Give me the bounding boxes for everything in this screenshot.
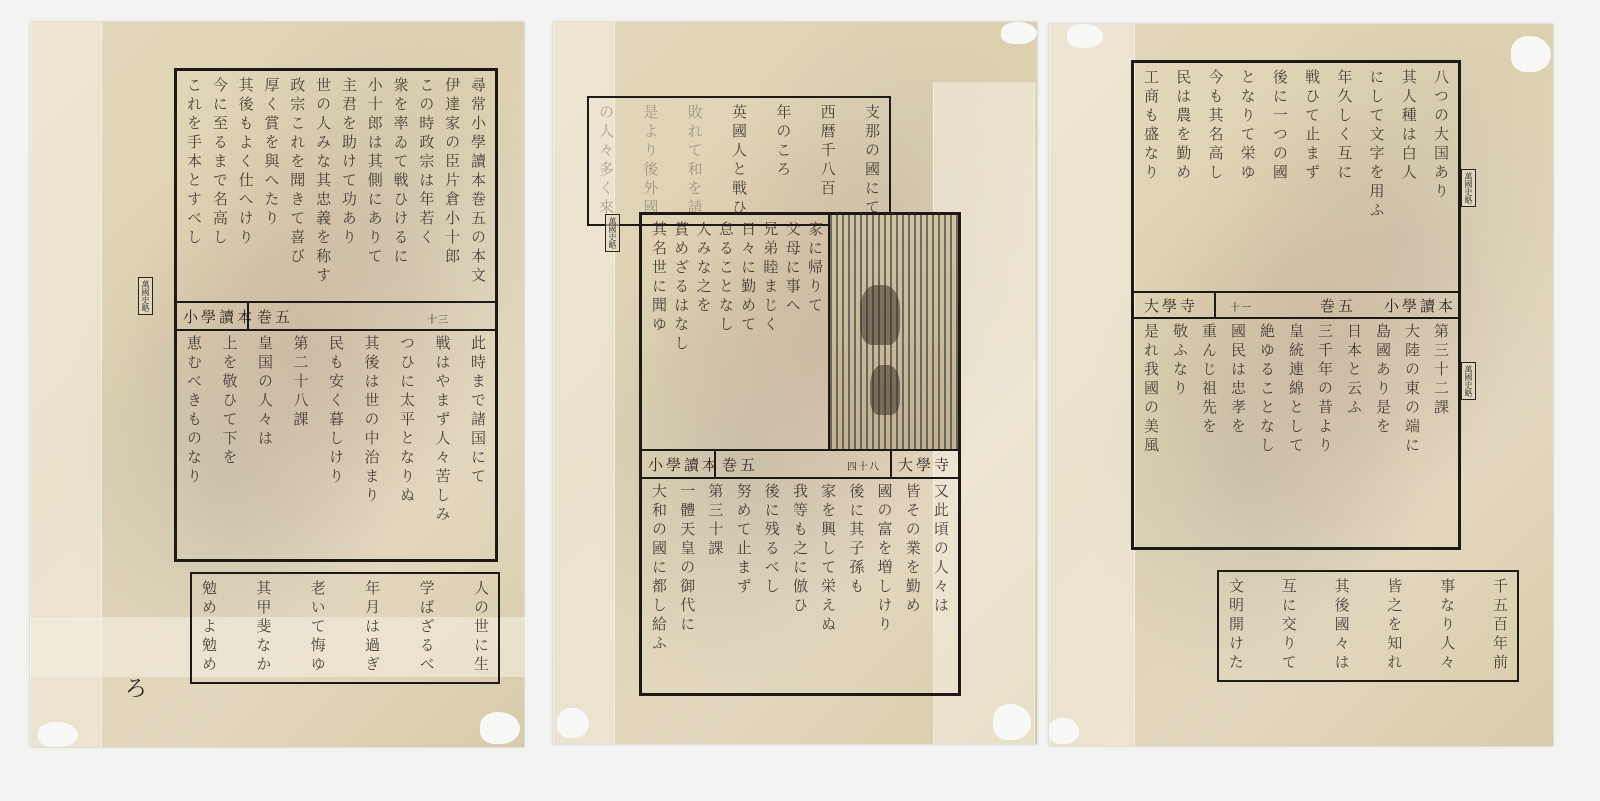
text-column: 年久しく互に (1333, 69, 1355, 285)
text-column: 敬ふなり (1169, 323, 1191, 541)
text-column: 父母に事へ (782, 221, 804, 443)
text-column: 恵むべきものなり (183, 335, 205, 553)
footer-title: 小學讀本 (648, 454, 720, 475)
illustrated-figure (860, 285, 900, 345)
text-column: にして文字を用ふ (1366, 69, 1388, 285)
text-column: 怠ることなし (715, 221, 737, 443)
lesson-heading: 第三十二課 (1430, 323, 1452, 541)
page-middle: 支那の國にて 西暦千八百 年のころ 英國人と戦ひ 敗れて和を請ふ 是より後外國 … (553, 22, 1037, 744)
text-column: 兄弟睦まじく (759, 221, 781, 443)
footer-publisher: 大學寺 (898, 454, 952, 475)
text-column: 戦はやまず人々苦しみ (432, 335, 454, 553)
text-column: 又此頃の人々は (930, 483, 952, 687)
main-text-frame: 尋常小學讀本巻五の本文 伊達家の臣片倉小十郎 この時政宗は年若く 衆を率ゐて戦ひ… (174, 68, 498, 562)
footer-rule (1134, 291, 1458, 293)
lower-text-columns: 又此頃の人々は 皆その業を勤め 國の富を増しけり 後に其子孫も 家を興して栄えぬ… (648, 483, 952, 687)
text-column: 支那の國にて (861, 104, 883, 218)
text-column: 皆之を知れり (1383, 578, 1405, 674)
bottom-box-columns: 人の世に生まれて 学ばざるべからず 年月は過ぎやすく 老いて悔ゆるとも 其甲斐な… (198, 580, 492, 676)
footer-volume: 巻五 (722, 454, 758, 475)
text-column: 後に一つの國 (1269, 69, 1291, 285)
text-column: 工商も盛なり (1140, 69, 1162, 285)
text-column: の人々多く來る (595, 104, 617, 218)
footer-volume: 巻五 (1320, 295, 1356, 316)
text-column: 人みな之を (693, 221, 715, 443)
lower-text-columns: 第三十二課 大陸の東の端に 島國あり是を 日本と云ふ 三千年の昔より 皇統連綿と… (1140, 323, 1452, 541)
torn-corner (1511, 36, 1551, 72)
text-column: 互に交りて (1278, 578, 1300, 674)
text-column: 國民は忠孝を (1227, 323, 1249, 541)
text-column: 老いて悔ゆるとも (307, 580, 329, 676)
text-column: 小十郎は其側にありて (364, 77, 386, 309)
text-column: 世の人みな其忠義を称す (312, 77, 334, 309)
text-column: 千五百年前の (1489, 578, 1511, 674)
text-column: 今に至るまで名高し (209, 77, 231, 309)
text-column: 事なり人々は (1436, 578, 1458, 674)
text-column: 大和の國に都し給ふ (648, 483, 670, 687)
torn-corner (1001, 22, 1037, 44)
text-column: 絶ゆることなし (1256, 323, 1278, 541)
text-column: となりて栄ゆ (1237, 69, 1259, 285)
text-column: 尋常小學讀本巻五の本文 (467, 77, 489, 309)
text-column: 島國あり是を (1372, 323, 1394, 541)
torn-corner (1067, 24, 1103, 48)
text-column: 敗れて和を請ふ (684, 104, 706, 218)
text-column: 文明開けたり (1225, 578, 1247, 674)
text-column: 大陸の東の端に (1401, 323, 1423, 541)
text-column: 國の富を増しけり (874, 483, 896, 687)
text-column: これを手本とすべし (183, 77, 205, 309)
text-column: 学ばざるべからず (416, 580, 438, 676)
side-tag: 萬國史略 (1461, 362, 1476, 400)
text-column: 其人種は白人 (1398, 69, 1420, 285)
lower-text-frame: 人の世に生まれて 学ばざるべからず 年月は過ぎやすく 老いて悔ゆるとも 其甲斐な… (190, 572, 500, 684)
text-column: この時政宗は年若く (415, 77, 437, 309)
text-column: つひに太平となりぬ (396, 335, 418, 553)
text-column: 伊達家の臣片倉小十郎 (441, 77, 463, 309)
footer-title: 小學讀本 (183, 306, 255, 327)
text-column: 此時まで諸国にて (467, 335, 489, 553)
text-column: 家を興して栄えぬ (817, 483, 839, 687)
footer-publisher: 大學寺 (1144, 295, 1198, 316)
footer-page-number: 十三 (427, 311, 449, 326)
page-right: 八つの大国あり 其人種は白人 にして文字を用ふ 年久しく互に 戦ひて止まず 後に… (1049, 24, 1553, 746)
text-column: 主君を助けて功あり (338, 77, 360, 309)
text-column: 我等も之に倣ひ (789, 483, 811, 687)
text-column: 年のころ (772, 104, 794, 218)
footer-rule (177, 301, 495, 303)
text-column: 今も其名高し (1204, 69, 1226, 285)
text-column: 其名世に聞ゆ (648, 221, 670, 443)
text-column: 日本と云ふ (1343, 323, 1365, 541)
tape-strip (1049, 24, 1135, 746)
footer-rule (642, 477, 958, 479)
text-column: 其後もよく仕へけり (235, 77, 257, 309)
torn-corner (1049, 718, 1079, 744)
text-column: 是より後外國 (639, 104, 661, 218)
footer-page-number: 四十八 (847, 458, 880, 473)
text-column: 一體天皇の御代に (676, 483, 698, 687)
torn-corner (557, 708, 589, 738)
footer-volume: 巻五 (257, 306, 293, 327)
side-tag: 萬國史略 (1461, 169, 1476, 207)
bottom-box-columns: 千五百年前の 事なり人々は 皆之を知れり 其後國々は 互に交りて 文明開けたり (1225, 578, 1511, 674)
text-column: 後に残るべし (761, 483, 783, 687)
text-column: 政宗これを聞きて喜び (286, 77, 308, 309)
text-column: 皇国の人々は (254, 335, 276, 553)
footer-title: 小學讀本 (1384, 295, 1456, 316)
text-column: 勉めよ勉めよ (198, 580, 220, 676)
text-column: 上を敬ひて下を (219, 335, 241, 553)
footer-divider (1214, 291, 1216, 317)
top-box-columns: 支那の國にて 西暦千八百 年のころ 英國人と戦ひ 敗れて和を請ふ 是より後外國 … (595, 104, 883, 218)
upper-text-columns: 八つの大国あり 其人種は白人 にして文字を用ふ 年久しく互に 戦ひて止まず 後に… (1140, 69, 1452, 285)
woodblock-illustration (828, 215, 958, 449)
text-column: 其後は世の中治まり (361, 335, 383, 553)
top-text-frame: 支那の國にて 西暦千八百 年のころ 英國人と戦ひ 敗れて和を請ふ 是より後外國 … (587, 96, 891, 226)
text-column: 努めて止まず (733, 483, 755, 687)
footer-page-number: 十一 (1230, 299, 1252, 314)
text-column: 其甲斐なかるべし (252, 580, 274, 676)
footer-rule (177, 329, 495, 331)
text-column: 民も安く暮しけり (325, 335, 347, 553)
upper-text-columns: 家に帰りて 父母に事へ 兄弟睦まじく 日々に勤めて 怠ることなし 人みな之を 賞… (648, 221, 826, 443)
lower-text-frame: 千五百年前の 事なり人々は 皆之を知れり 其後國々は 互に交りて 文明開けたり (1217, 570, 1519, 682)
text-column: 西暦千八百 (817, 104, 839, 218)
text-column: 年月は過ぎやすく (361, 580, 383, 676)
illustrated-figure (870, 365, 900, 415)
text-column: 民は農を勤め (1172, 69, 1194, 285)
footer-divider (890, 449, 892, 477)
text-column: 戦ひて止まず (1301, 69, 1323, 285)
main-text-frame: 家に帰りて 父母に事へ 兄弟睦まじく 日々に勤めて 怠ることなし 人みな之を 賞… (639, 212, 961, 696)
page-left: 尋常小學讀本巻五の本文 伊達家の臣片倉小十郎 この時政宗は年若く 衆を率ゐて戦ひ… (30, 22, 524, 747)
text-column: 英國人と戦ひ (728, 104, 750, 218)
lower-text-columns: 此時まで諸国にて 戦はやまず人々苦しみ つひに太平となりぬ 其後は世の中治まり … (183, 335, 489, 553)
torn-corner (480, 712, 520, 744)
text-column: 衆を率ゐて戦ひけるに (390, 77, 412, 309)
footer-rule (642, 449, 958, 451)
text-column: 人の世に生まれて (470, 580, 492, 676)
text-column: 厚く賞を與へたり (260, 77, 282, 309)
footer-rule (1134, 317, 1458, 319)
text-column: 皆その業を勤め (902, 483, 924, 687)
text-column: 八つの大国あり (1430, 69, 1452, 285)
text-column: 皇統連綿として (1285, 323, 1307, 541)
text-column: 日々に勤めて (737, 221, 759, 443)
torn-corner (38, 722, 78, 747)
text-column: 其後國々は (1331, 578, 1353, 674)
text-column: 家に帰りて (804, 221, 826, 443)
handwritten-mark: ろ (125, 672, 147, 703)
lesson-heading: 第三十課 (704, 483, 726, 687)
side-tag: 萬國史略 (605, 214, 620, 252)
text-column: 是れ我國の美風 (1140, 323, 1162, 541)
main-text-frame: 八つの大国あり 其人種は白人 にして文字を用ふ 年久しく互に 戦ひて止まず 後に… (1131, 60, 1461, 550)
upper-text-columns: 尋常小學讀本巻五の本文 伊達家の臣片倉小十郎 この時政宗は年若く 衆を率ゐて戦ひ… (183, 77, 489, 309)
text-column: 三千年の昔より (1314, 323, 1336, 541)
lesson-heading: 第二十八課 (290, 335, 312, 553)
text-column: 賞めざるはなし (670, 221, 692, 443)
text-column: 後に其子孫も (845, 483, 867, 687)
torn-corner (993, 704, 1031, 740)
side-tag: 萬國史略 (138, 277, 153, 315)
text-column: 重んじ祖先を (1198, 323, 1220, 541)
